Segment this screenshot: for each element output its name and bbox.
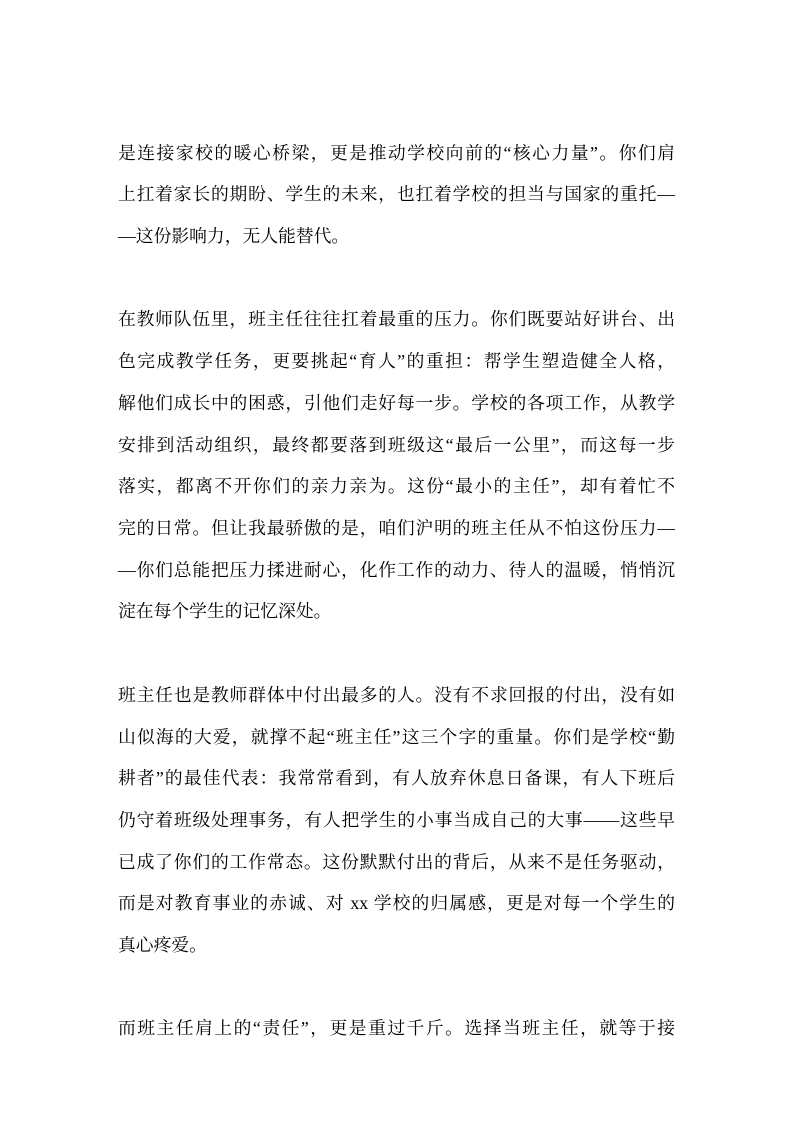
- text-line: 山似海的大爱，就撑不起“班主任”这三个字的重量。你们是学校“勤: [118, 717, 675, 759]
- text-line: —你们总能把压力揉进耐心，化作工作的动力、待人的温暖，悄悄沉: [118, 550, 675, 592]
- text-line: 淀在每个学生的记忆深处。: [118, 591, 675, 633]
- document-body: 是连接家校的暖心桥梁，更是推动学校向前的“核心力量”。你们肩 上扛着家长的期盼、…: [118, 133, 675, 1050]
- text-line: —这份影响力，无人能替代。: [118, 216, 675, 258]
- text-line: 班主任也是教师群体中付出最多的人。没有不求回报的付出，没有如: [118, 675, 675, 717]
- text-line: 而是对教育事业的赤诚、对 xx 学校的归属感，更是对每一个学生的: [118, 883, 675, 925]
- text-line: 落实，都离不开你们的亲力亲为。这份“最小的主任”，却有着忙不: [118, 466, 675, 508]
- text-line: 是连接家校的暖心桥梁，更是推动学校向前的“核心力量”。你们肩: [118, 133, 675, 175]
- text-line: 完的日常。但让我最骄傲的是，咱们沪明的班主任从不怕这份压力—: [118, 508, 675, 550]
- text-line: 上扛着家长的期盼、学生的未来，也扛着学校的担当与国家的重托—: [118, 174, 675, 216]
- text-line: 安排到活动组织，最终都要落到班级这“最后一公里”，而这每一步: [118, 425, 675, 467]
- text-line: 仍守着班级处理事务，有人把学生的小事当成自己的大事——这些早: [118, 800, 675, 842]
- text-line: 在教师队伍里，班主任往往扛着最重的压力。你们既要站好讲台、出: [118, 299, 675, 341]
- text-line: 解他们成长中的困惑，引他们走好每一步。学校的各项工作，从教学: [118, 383, 675, 425]
- page: 是连接家校的暖心桥梁，更是推动学校向前的“核心力量”。你们肩 上扛着家长的期盼、…: [0, 0, 793, 1122]
- text-line: 真心疼爱。: [118, 925, 675, 967]
- text-line: 已成了你们的工作常态。这份默默付出的背后，从来不是任务驱动，: [118, 842, 675, 884]
- text-line: 色完成教学任务，更要挑起“育人”的重担：帮学生塑造健全人格，: [118, 341, 675, 383]
- text-line: 而班主任肩上的“责任”，更是重过千斤。选择当班主任，就等于接: [118, 1008, 675, 1050]
- text-line: 耕者”的最佳代表：我常常看到，有人放弃休息日备课，有人下班后: [118, 758, 675, 800]
